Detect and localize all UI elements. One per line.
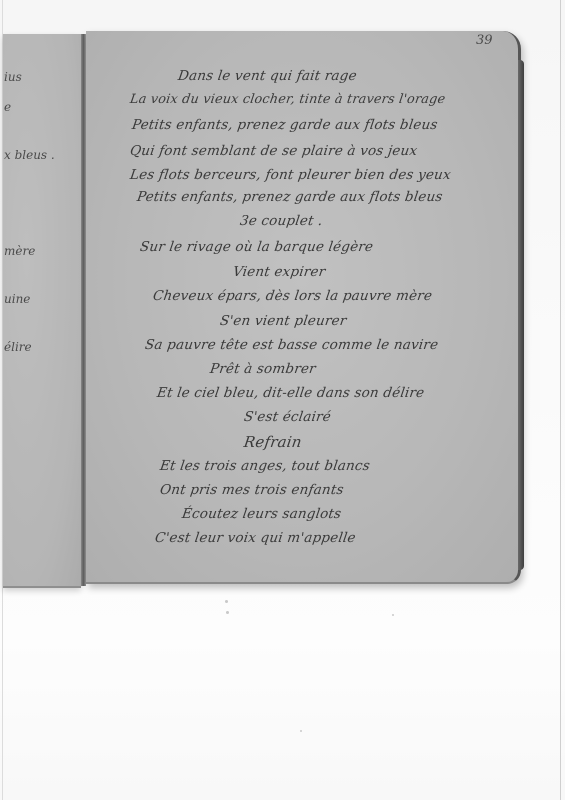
text-line: Cheveux épars, dès lors la pauvre mère	[152, 288, 433, 304]
text-line: Les flots berceurs, font pleurer bien de…	[129, 167, 452, 183]
text-line: C'est leur voix qui m'appelle	[154, 530, 357, 546]
left-page-fragment: ius	[4, 70, 22, 84]
text-line: Écoutez leurs sanglots	[181, 506, 342, 522]
scanned-notebook: ius e x bleus . mère uine élire 39 Dans …	[0, 0, 565, 800]
text-line: S'est éclairé	[243, 409, 332, 425]
section-heading: 3e couplet .	[239, 213, 324, 229]
section-heading: Refrain	[243, 433, 303, 451]
text-line: Qui font semblant de se plaire à vos jeu…	[129, 143, 418, 159]
text-line: Ont pris mes trois enfants	[159, 482, 345, 498]
scan-speck	[392, 614, 394, 616]
left-page-fragment: x bleus .	[4, 148, 55, 162]
text-line: S'en vient pleurer	[219, 313, 348, 329]
page-edge	[518, 60, 524, 570]
text-line: Sur le rivage où la barque légère	[139, 239, 374, 255]
left-page-fragment: uine	[4, 292, 30, 306]
left-page-fragment: mère	[4, 244, 35, 258]
left-page-fragment: e	[4, 100, 11, 114]
scan-border-right	[560, 0, 561, 800]
right-page	[86, 31, 521, 584]
left-page-fragment: élire	[4, 340, 32, 354]
text-line: Dans le vent qui fait rage	[177, 68, 358, 84]
text-line: La voix du vieux clocher, tinte à traver…	[129, 92, 446, 107]
scan-speck	[225, 600, 228, 603]
page-number: 39	[476, 33, 493, 48]
text-line: Et les trois anges, tout blancs	[159, 458, 371, 474]
scan-speck	[300, 730, 302, 732]
text-line: Petits enfants, prenez garde aux flots b…	[131, 117, 439, 133]
text-line: Vient expirer	[232, 264, 327, 280]
text-line: Sa pauvre tête est basse comme le navire	[144, 337, 439, 353]
scan-speck	[226, 611, 229, 614]
text-line: Et le ciel bleu, dit-elle dans son délir…	[156, 385, 426, 401]
text-line: Petits enfants, prenez garde aux flots b…	[136, 189, 444, 205]
left-page	[3, 34, 81, 588]
text-line: Prêt à sombrer	[209, 361, 317, 377]
